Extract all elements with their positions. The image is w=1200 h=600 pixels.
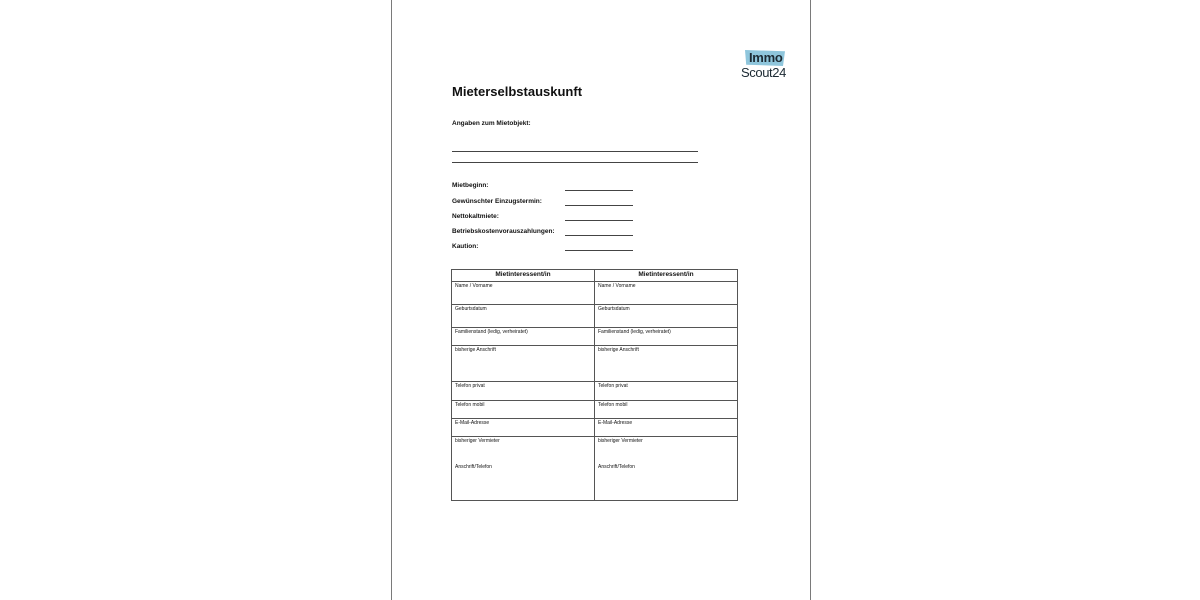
cell-name-1[interactable]: Name / Vorname <box>452 282 595 305</box>
cell-landlord-2[interactable]: bisheriger Vermieter Anschrift/Telefon <box>595 437 738 501</box>
cell-label: Familienstand (ledig, verheiratet) <box>598 329 671 335</box>
cell-birthdate-1[interactable]: Geburtsdatum <box>452 305 595 328</box>
object-line-2[interactable] <box>452 162 698 163</box>
cell-sublabel: Anschrift/Telefon <box>455 464 591 470</box>
cell-sublabel: Anschrift/Telefon <box>598 464 734 470</box>
table-row: Telefon privat Telefon privat <box>452 382 738 401</box>
cell-marital-1[interactable]: Familienstand (ledig, verheiratet) <box>452 328 595 346</box>
cell-label: Geburtsdatum <box>598 306 630 312</box>
cell-phone-mobile-1[interactable]: Telefon mobil <box>452 401 595 419</box>
field-line-kaution[interactable] <box>565 250 633 251</box>
cell-phone-private-2[interactable]: Telefon privat <box>595 382 738 401</box>
cell-label: Telefon mobil <box>455 402 484 408</box>
cell-label: Name / Vorname <box>598 283 636 289</box>
cell-label: bisheriger Vermieter <box>598 438 734 444</box>
document-title: Mieterselbstauskunft <box>452 84 582 99</box>
field-line-betriebskosten[interactable] <box>565 235 633 236</box>
cell-label: bisherige Anschrift <box>598 347 639 353</box>
field-label-betriebskosten: Betriebskostenvorauszahlungen: <box>452 228 555 235</box>
table-row: Name / Vorname Name / Vorname <box>452 282 738 305</box>
table-row: E-Mail-Adresse E-Mail-Adresse <box>452 419 738 437</box>
cell-phone-private-1[interactable]: Telefon privat <box>452 382 595 401</box>
applicant-table: Mietinteressent/in Mietinteressent/in Na… <box>451 269 738 501</box>
object-line-1[interactable] <box>452 151 698 152</box>
cell-label: E-Mail-Adresse <box>455 420 489 426</box>
header-applicant-1: Mietinteressent/in <box>452 270 595 282</box>
field-line-einzugstermin[interactable] <box>565 205 633 206</box>
cell-email-1[interactable]: E-Mail-Adresse <box>452 419 595 437</box>
cell-email-2[interactable]: E-Mail-Adresse <box>595 419 738 437</box>
logo-text-immo: Immo <box>749 50 782 65</box>
table-header-row: Mietinteressent/in Mietinteressent/in <box>452 270 738 282</box>
table-row: bisheriger Vermieter Anschrift/Telefon b… <box>452 437 738 501</box>
cell-label: Geburtsdatum <box>455 306 487 312</box>
field-label-kaution: Kaution: <box>452 243 478 250</box>
cell-label: Name / Vorname <box>455 283 493 289</box>
cell-marital-2[interactable]: Familienstand (ledig, verheiratet) <box>595 328 738 346</box>
cell-label: bisheriger Vermieter <box>455 438 591 444</box>
header-applicant-2: Mietinteressent/in <box>595 270 738 282</box>
field-label-einzugstermin: Gewünschter Einzugstermin: <box>452 198 542 205</box>
cell-name-2[interactable]: Name / Vorname <box>595 282 738 305</box>
table-row: bisherige Anschrift bisherige Anschrift <box>452 346 738 382</box>
field-label-mietbeginn: Mietbeginn: <box>452 182 488 189</box>
field-label-nettokaltmiete: Nettokaltmiete: <box>452 213 499 220</box>
logo-text-scout: Scout24 <box>741 65 786 80</box>
cell-label: E-Mail-Adresse <box>598 420 632 426</box>
cell-birthdate-2[interactable]: Geburtsdatum <box>595 305 738 328</box>
cell-label: Familienstand (ledig, verheiratet) <box>455 329 528 335</box>
field-line-mietbeginn[interactable] <box>565 190 633 191</box>
cell-label: Telefon privat <box>455 383 485 389</box>
cell-label: Telefon privat <box>598 383 628 389</box>
cell-phone-mobile-2[interactable]: Telefon mobil <box>595 401 738 419</box>
document-page: Immo Scout24 Mieterselbstauskunft Angabe… <box>391 0 811 600</box>
immoscout24-logo: Immo Scout24 <box>741 48 791 82</box>
object-section-label: Angaben zum Mietobjekt: <box>452 120 531 127</box>
table-row: Telefon mobil Telefon mobil <box>452 401 738 419</box>
cell-label: Telefon mobil <box>598 402 627 408</box>
table-row: Familienstand (ledig, verheiratet) Famil… <box>452 328 738 346</box>
cell-label: bisherige Anschrift <box>455 347 496 353</box>
cell-address-1[interactable]: bisherige Anschrift <box>452 346 595 382</box>
field-line-nettokaltmiete[interactable] <box>565 220 633 221</box>
cell-landlord-1[interactable]: bisheriger Vermieter Anschrift/Telefon <box>452 437 595 501</box>
cell-address-2[interactable]: bisherige Anschrift <box>595 346 738 382</box>
table-row: Geburtsdatum Geburtsdatum <box>452 305 738 328</box>
